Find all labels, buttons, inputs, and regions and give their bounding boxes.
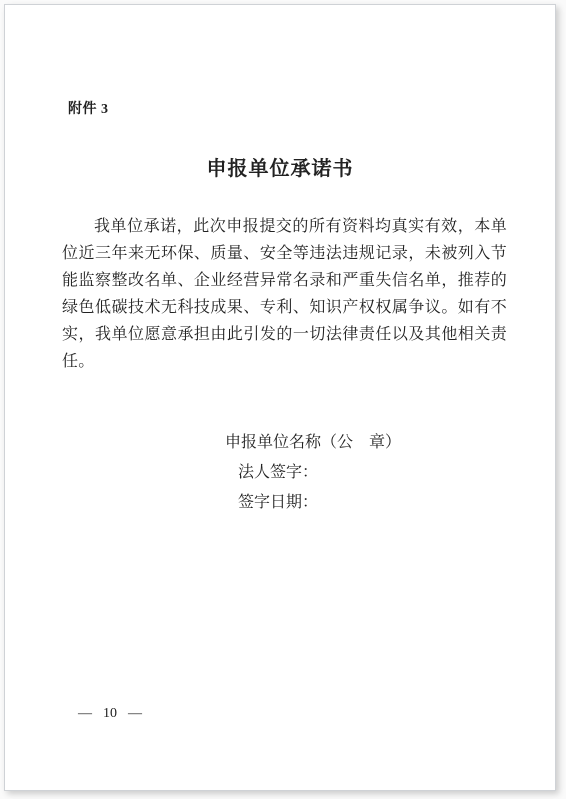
document-title: 申报单位承诺书 [5, 158, 555, 181]
signature-block: 申报单位名称（公 章） 法人签字： 签字日期： [225, 428, 401, 518]
signature-date-line: 签字日期： [225, 488, 401, 518]
signature-unit-name-line: 申报单位名称（公 章） [225, 428, 401, 458]
page-number-value: 10 [103, 706, 117, 723]
document-page: 附件 3 申报单位承诺书 我单位承诺，此次申报提交的所有资料均真实有效，本单位近… [4, 4, 556, 791]
document-canvas: 附件 3 申报单位承诺书 我单位承诺，此次申报提交的所有资料均真实有效，本单位近… [0, 0, 566, 799]
commitment-paragraph: 我单位承诺，此次申报提交的所有资料均真实有效，本单位近三年来无环保、质量、安全等… [62, 213, 507, 375]
page-number-dash-right: — [128, 706, 142, 721]
page-number-dash-left: — [78, 706, 92, 721]
attachment-label: 附件 3 [68, 102, 109, 118]
page-number-footer: —10— [78, 706, 142, 723]
signature-legal-person-line: 法人签字： [225, 458, 401, 488]
